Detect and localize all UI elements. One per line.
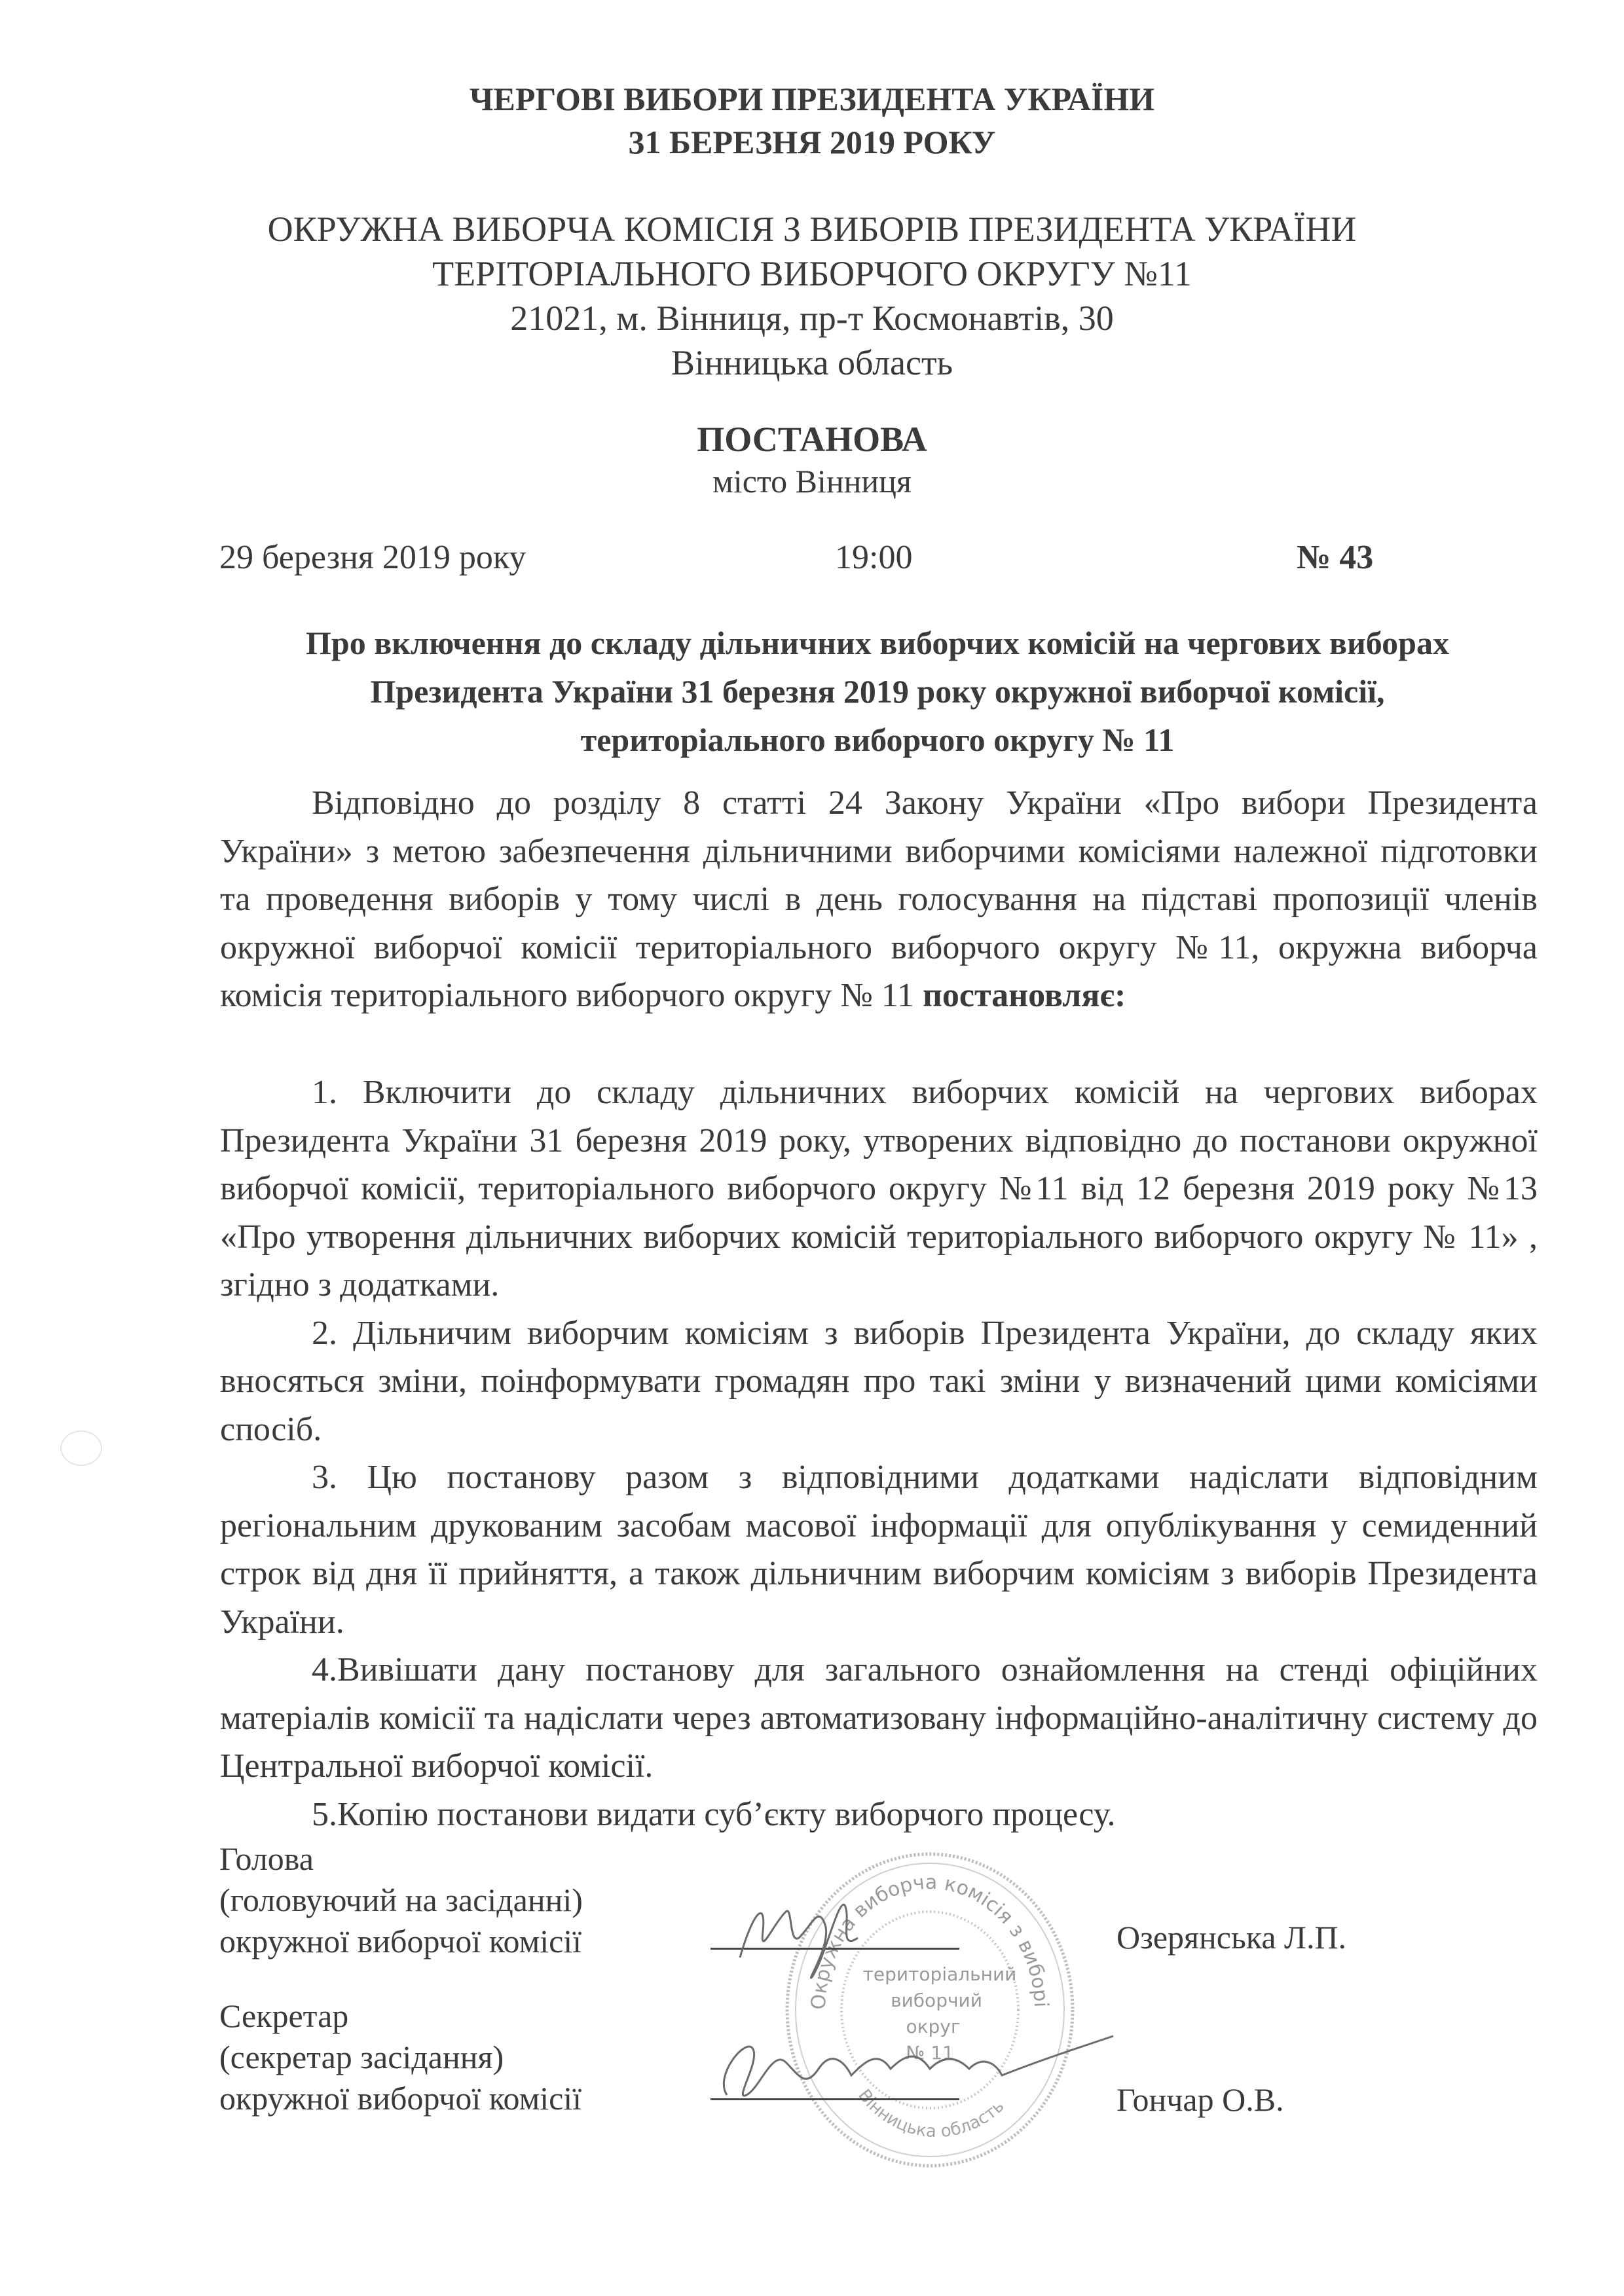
commission-line2: ТЕРІТОРІАЛЬНОГО ВИБОРЧОГО ОКРУГУ №11 [0, 251, 1624, 296]
commission-header: ОКРУЖНА ВИБОРЧА КОМІСІЯ З ВИБОРІВ ПРЕЗИД… [0, 207, 1624, 385]
resolution-items: 1. Включити до складу дільничних виборчи… [220, 1068, 1538, 1838]
chair-title-line3: окружної виборчої комісії [219, 1921, 583, 1962]
punch-hole-mark [60, 1430, 102, 1466]
resolution-item-3: 3. Цю постанову разом з відповідними дод… [220, 1453, 1538, 1646]
chair-title-line2: (головуючий на засіданні) [219, 1880, 583, 1921]
document-city: місто Вінниця [0, 462, 1624, 500]
election-title-line1: ЧЕРГОВІ ВИБОРИ ПРЕЗИДЕНТА УКРАЇНИ [0, 77, 1624, 120]
secretary-title-block: Секретар (секретар засідання) окружної в… [219, 1995, 581, 2119]
subject-line1: Про включення до складу дільничних вибор… [216, 619, 1539, 667]
secretary-signature [707, 2023, 1126, 2115]
resolves-word: постановляє: [923, 977, 1126, 1014]
subject-line3: територіального виборчого округу № 11 [216, 716, 1539, 764]
document-meta-row: 29 березня 2019 року 19:00 № 43 [219, 538, 1382, 584]
secretary-title-line3: окружної виборчої комісії [219, 2078, 581, 2119]
document-time: 19:00 [835, 538, 912, 577]
resolution-item-1: 1. Включити до складу дільничних виборчи… [220, 1068, 1538, 1309]
preamble-text: Відповідно до розділу 8 статті 24 Закону… [220, 784, 1538, 1014]
chair-title-line1: Голова [219, 1838, 583, 1880]
document-page: ЧЕРГОВІ ВИБОРИ ПРЕЗИДЕНТА УКРАЇНИ 31 БЕР… [0, 0, 1624, 2296]
resolution-item-2: 2. Дільничим виборчим комісіям з виборів… [220, 1309, 1538, 1454]
secretary-title-line2: (секретар засідання) [219, 2037, 581, 2078]
subject-line2: Президента України 31 березня 2019 року … [216, 667, 1539, 716]
election-title-line2: 31 БЕРЕЗНЯ 2019 РОКУ [0, 120, 1624, 164]
secretary-title-line1: Секретар [219, 1995, 581, 2037]
election-title: ЧЕРГОВІ ВИБОРИ ПРЕЗИДЕНТА УКРАЇНИ 31 БЕР… [0, 77, 1624, 164]
document-body: Відповідно до розділу 8 статті 24 Закону… [220, 779, 1538, 1020]
commission-address: 21021, м. Вінниця, пр-т Космонавтів, 30 [0, 296, 1624, 340]
document-number: № 43 [1297, 538, 1373, 577]
document-date: 29 березня 2019 року [219, 538, 526, 577]
commission-line1: ОКРУЖНА ВИБОРЧА КОМІСІЯ З ВИБОРІВ ПРЕЗИД… [0, 207, 1624, 251]
stamp-center-line2: виборчий [891, 1990, 982, 2011]
secretary-name: Гончар О.В. [1116, 2081, 1284, 2119]
document-type: ПОСТАНОВА [0, 419, 1624, 460]
resolution-item-5: 5.Копію постанови видати суб’єкту виборч… [220, 1791, 1538, 1839]
preamble-paragraph: Відповідно до розділу 8 статті 24 Закону… [220, 779, 1538, 1020]
document-subject: Про включення до складу дільничних вибор… [216, 619, 1539, 764]
chair-title-block: Голова (головуючий на засіданні) окружно… [219, 1838, 583, 1962]
chair-signature [727, 1886, 897, 1990]
chair-name: Озерянська Л.П. [1116, 1918, 1346, 1956]
resolution-item-4: 4.Вивішати дану постанову для загального… [220, 1646, 1538, 1791]
commission-region: Вінницька область [0, 340, 1624, 385]
